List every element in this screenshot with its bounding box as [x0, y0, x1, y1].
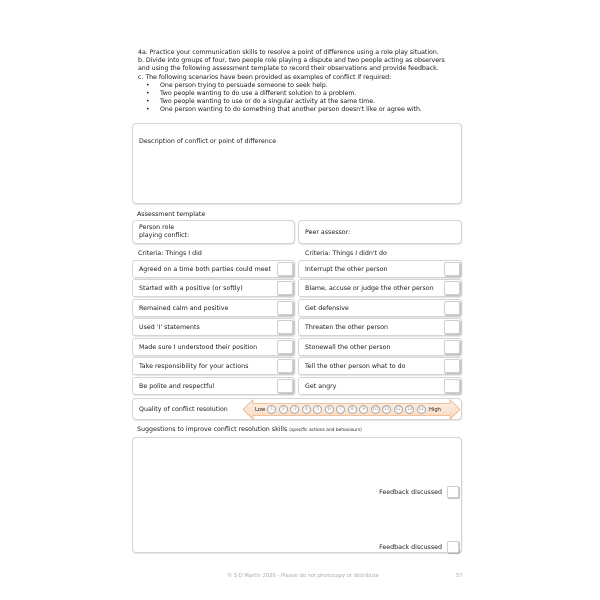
criteria-label: Started with a positive (or softly): [139, 285, 243, 292]
rating-option-10[interactable]: 10: [371, 405, 380, 414]
scenario-list: One person trying to persuade someone to…: [146, 82, 468, 115]
suggestions-note: (specific actions and behaviours): [289, 428, 362, 433]
criteria-checkbox[interactable]: [444, 281, 460, 295]
scenario-item: One person trying to persuade someone to…: [146, 82, 468, 90]
criteria-did-row: Started with a positive (or softly): [132, 279, 295, 297]
rating-option-13[interactable]: 13: [405, 405, 414, 414]
criteria-checkbox[interactable]: [277, 262, 293, 276]
instruction-c: c. The following scenarios have been pro…: [138, 74, 468, 82]
scale-high-label: High: [429, 407, 441, 413]
copyright-footer: © S D Martin 2026 - Please do not photoc…: [227, 573, 379, 579]
rating-option-3[interactable]: 3: [290, 405, 299, 414]
rating-option-12[interactable]: 12: [394, 405, 403, 414]
feedback-label: Feedback discussed: [379, 544, 442, 551]
feedback-discussed-2: Feedback discussed: [379, 541, 459, 553]
criteria-label: Used 'I' statements: [139, 324, 200, 331]
scenario-item: Two people wanting to do use a different…: [146, 90, 468, 98]
instructions: 4a. Practice your communication skills t…: [138, 49, 468, 115]
rating-option-11[interactable]: 11: [382, 405, 391, 414]
criteria-checkbox[interactable]: [444, 320, 460, 334]
description-label: Description of conflict or point of diff…: [139, 138, 276, 145]
criteria-checkbox[interactable]: [277, 359, 293, 373]
criteria-did-row: Take responsibility for your actions: [132, 357, 295, 375]
rating-option-1[interactable]: 1: [267, 405, 276, 414]
criteria-label: Remained calm and positive: [139, 305, 228, 312]
feedback-discussed-1: Feedback discussed: [379, 486, 459, 498]
criteria-didnt-row: Get defensive: [298, 299, 462, 317]
rating-option-9[interactable]: 9: [359, 405, 368, 414]
feedback-checkbox[interactable]: [447, 486, 459, 498]
assessment-template-title: Assessment template: [137, 211, 205, 218]
peer-assessor-field[interactable]: Peer assessor:: [298, 220, 462, 244]
quality-scale: Low 1234567891011121314 High: [255, 404, 441, 415]
criteria-label: Be polite and respectful: [139, 383, 214, 390]
criteria-did-row: Used 'I' statements: [132, 318, 295, 336]
criteria-checkbox[interactable]: [444, 340, 460, 354]
instruction-b-line1: b. Divide into groups of four, two peopl…: [138, 57, 468, 65]
criteria-did-row: Agreed on a time both parties could meet: [132, 260, 295, 278]
criteria-label: Agreed on a time both parties could meet: [139, 266, 271, 273]
rating-option-2[interactable]: 2: [279, 405, 288, 414]
criteria-didnt-row: Interrupt the other person: [298, 260, 462, 278]
criteria-didnt-row: Blame, accuse or judge the other person: [298, 279, 462, 297]
criteria-didnt-row: Threaten the other person: [298, 318, 462, 336]
rating-option-7[interactable]: 7: [336, 405, 345, 414]
feedback-label: Feedback discussed: [379, 489, 442, 496]
quality-label: Quality of conflict resolution: [139, 406, 228, 413]
scale-low-label: Low: [255, 407, 265, 413]
description-field[interactable]: Description of conflict or point of diff…: [132, 123, 462, 204]
criteria-label: Blame, accuse or judge the other person: [305, 285, 434, 292]
criteria-checkbox[interactable]: [277, 340, 293, 354]
criteria-did-header: Criteria: Things I did: [138, 250, 202, 257]
criteria-label: Stonewall the other person: [305, 344, 390, 351]
criteria-label: Get angry: [305, 383, 336, 390]
criteria-did-row: Be polite and respectful: [132, 377, 295, 395]
scenario-item: Two people wanting to use or do a singul…: [146, 98, 468, 106]
criteria-checkbox[interactable]: [444, 359, 460, 373]
page-number: 57: [456, 573, 463, 579]
rating-option-4[interactable]: 4: [302, 405, 311, 414]
suggestions-title: Suggestions to improve conflict resoluti…: [137, 426, 362, 433]
instruction-a: 4a. Practice your communication skills t…: [138, 49, 468, 57]
criteria-didnt-row: Stonewall the other person: [298, 338, 462, 356]
suggestions-field[interactable]: Feedback discussed Feedback discussed: [132, 437, 462, 553]
quality-scale-arrow: Low 1234567891011121314 High: [242, 399, 461, 420]
rating-option-8[interactable]: 8: [348, 405, 357, 414]
criteria-label: Threaten the other person: [305, 324, 388, 331]
feedback-checkbox[interactable]: [447, 541, 459, 553]
suggestions-label: Suggestions to improve conflict resoluti…: [137, 426, 287, 433]
criteria-didnt-header: Criteria: Things I didn't do: [305, 250, 387, 257]
peer-assessor-label: Peer assessor:: [305, 229, 350, 236]
criteria-did-row: Made sure I understood their position: [132, 338, 295, 356]
rating-option-5[interactable]: 5: [313, 405, 322, 414]
criteria-label: Interrupt the other person: [305, 266, 387, 273]
scenario-item: One person wanting to do something that …: [146, 106, 468, 114]
criteria-didnt-row: Get angry: [298, 377, 462, 395]
quality-rating-row: Quality of conflict resolution Low 12345…: [132, 398, 462, 420]
rating-option-14[interactable]: 14: [417, 405, 426, 414]
criteria-checkbox[interactable]: [277, 379, 293, 393]
criteria-checkbox[interactable]: [444, 379, 460, 393]
instruction-b-line2: and using the following assessment templ…: [138, 65, 468, 73]
criteria-checkbox[interactable]: [444, 301, 460, 315]
criteria-checkbox[interactable]: [444, 262, 460, 276]
criteria-label: Tell the other person what to do: [305, 363, 406, 370]
person-role-label-2: playing conflict:: [139, 232, 288, 240]
criteria-label: Take responsibility for your actions: [139, 363, 248, 370]
rating-option-6[interactable]: 6: [325, 405, 334, 414]
person-role-field[interactable]: Person role playing conflict:: [132, 220, 295, 244]
criteria-did-row: Remained calm and positive: [132, 299, 295, 317]
criteria-label: Get defensive: [305, 305, 349, 312]
criteria-checkbox[interactable]: [277, 301, 293, 315]
criteria-checkbox[interactable]: [277, 320, 293, 334]
criteria-label: Made sure I understood their position: [139, 344, 257, 351]
criteria-checkbox[interactable]: [277, 281, 293, 295]
person-role-label-1: Person role: [139, 224, 288, 232]
criteria-didnt-row: Tell the other person what to do: [298, 357, 462, 375]
